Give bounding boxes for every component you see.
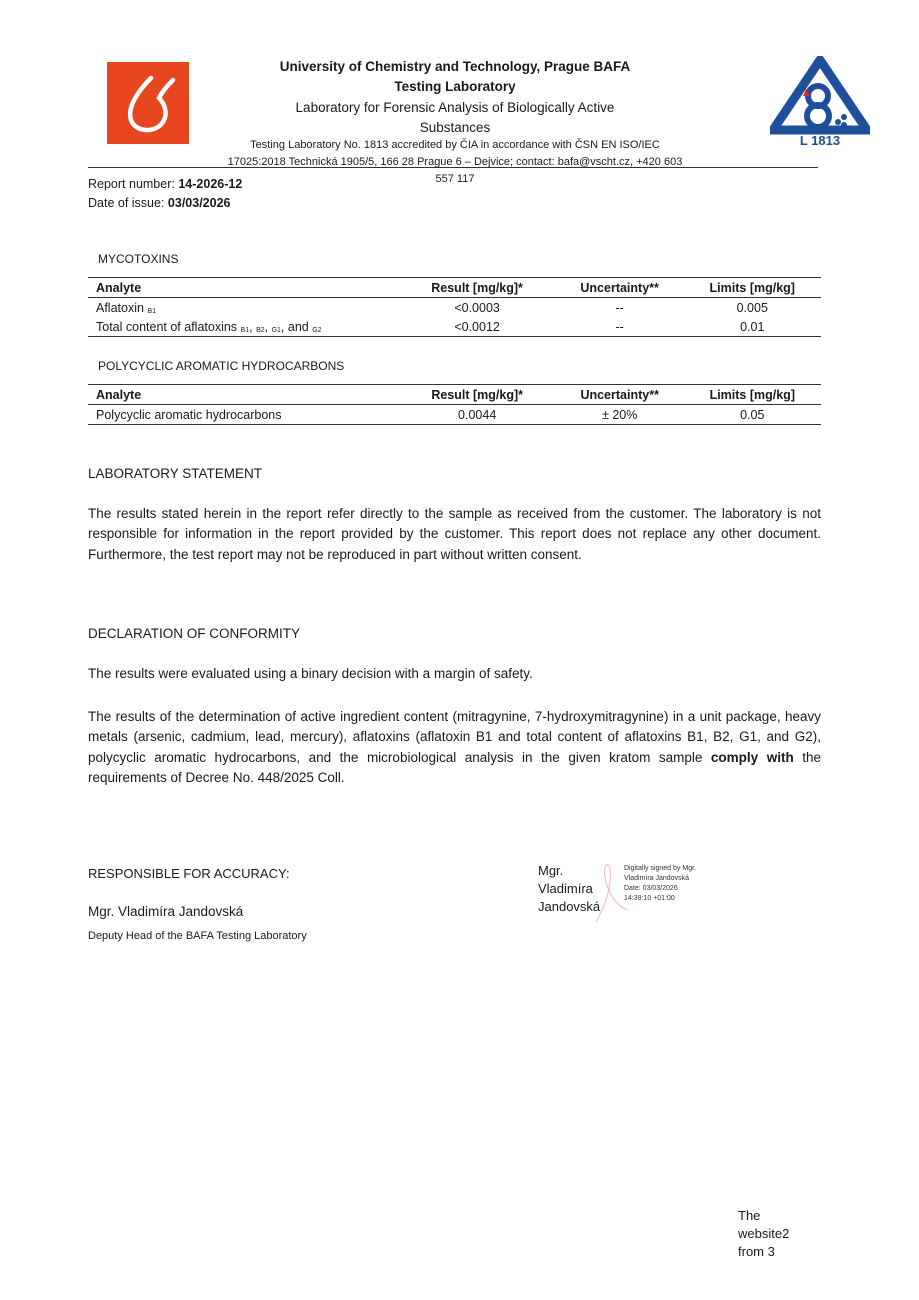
vscht-logo (107, 62, 189, 144)
analyte-cell: Total content of aflatoxins B1, B2, G1, … (88, 317, 398, 337)
responsible-name: Mgr. Vladimíra Jandovská (88, 904, 243, 919)
accreditation-line3: 557 117 (215, 173, 695, 185)
col-analyte: Analyte (88, 385, 399, 405)
laboratory-statement-heading: LABORATORY STATEMENT (88, 466, 262, 481)
signature-name: Mgr. Vladimíra Jandovská (538, 862, 618, 916)
table-header-row: Analyte Result [mg/kg]* Uncertainty** Li… (88, 385, 821, 405)
col-result: Result [mg/kg]* (398, 278, 555, 298)
conformity-paragraph-1: The results were evaluated using a binar… (88, 664, 821, 684)
responsible-heading: RESPONSIBLE FOR ACCURACY: (88, 866, 290, 881)
limit-cell: 0.01 (684, 317, 821, 337)
conformity-heading: DECLARATION OF CONFORMITY (88, 626, 300, 641)
conformity-paragraph-2: The results of the determination of acti… (88, 707, 821, 788)
uncertainty-cell: -- (556, 298, 684, 318)
table-row: Total content of aflatoxins B1, B2, G1, … (88, 317, 821, 337)
lab-full-name-line1: Laboratory for Forensic Analysis of Biol… (215, 100, 695, 115)
date-label: Date of issue: (88, 196, 164, 210)
mycotoxins-label: MYCOTOXINS (98, 252, 178, 266)
comply-emphasis: comply with (711, 750, 794, 765)
mycotoxins-table: Analyte Result [mg/kg]* Uncertainty** Li… (88, 277, 821, 337)
header-divider (88, 167, 818, 168)
col-limits: Limits [mg/kg] (684, 385, 821, 405)
table-row: Aflatoxin B1 <0.0003 -- 0.005 (88, 298, 821, 318)
col-uncertainty: Uncertainty** (556, 385, 684, 405)
date-value: 03/03/2026 (168, 196, 231, 210)
uncertainty-cell: -- (556, 317, 684, 337)
result-cell: <0.0012 (398, 317, 555, 337)
col-limits: Limits [mg/kg] (684, 278, 821, 298)
table-row: Polycyclic aromatic hydrocarbons 0.0044 … (88, 405, 821, 425)
drop-logo-icon (107, 62, 189, 144)
uncertainty-cell: ± 20% (556, 405, 684, 425)
accreditation-triangle-icon: L 1813 (770, 56, 870, 148)
responsible-role: Deputy Head of the BAFA Testing Laborato… (88, 930, 307, 942)
report-number-label: Report number: (88, 177, 175, 191)
limit-cell: 0.05 (684, 405, 821, 425)
signature-info: Digitally signed by Mgr. Vladimíra Jando… (624, 864, 724, 904)
institution-name: University of Chemistry and Technology, … (215, 59, 695, 74)
page-number: The website2 from 3 (738, 1207, 818, 1261)
col-uncertainty: Uncertainty** (556, 278, 684, 298)
pah-table: Analyte Result [mg/kg]* Uncertainty** Li… (88, 384, 821, 425)
table-header-row: Analyte Result [mg/kg]* Uncertainty** Li… (88, 278, 821, 298)
report-number: Report number: 14-2026-12 (88, 177, 242, 191)
report-number-value: 14-2026-12 (178, 177, 242, 191)
analyte-cell: Aflatoxin B1 (88, 298, 398, 318)
date-of-issue: Date of issue: 03/03/2026 (88, 196, 230, 210)
analyte-cell: Polycyclic aromatic hydrocarbons (88, 405, 399, 425)
lab-name: Testing Laboratory (215, 79, 695, 94)
limit-cell: 0.005 (684, 298, 821, 318)
lab-full-name-line2: Substances (215, 120, 695, 135)
laboratory-statement-text: The results stated herein in the report … (88, 504, 821, 565)
col-result: Result [mg/kg]* (399, 385, 556, 405)
result-cell: 0.0044 (399, 405, 556, 425)
accreditation-logo: L 1813 (770, 56, 870, 148)
pah-label: POLYCYCLIC AROMATIC HYDROCARBONS (98, 359, 344, 373)
svg-text:L 1813: L 1813 (800, 133, 840, 148)
result-cell: <0.0003 (398, 298, 555, 318)
accreditation-line1: Testing Laboratory No. 1813 accredited b… (215, 139, 695, 151)
col-analyte: Analyte (88, 278, 398, 298)
